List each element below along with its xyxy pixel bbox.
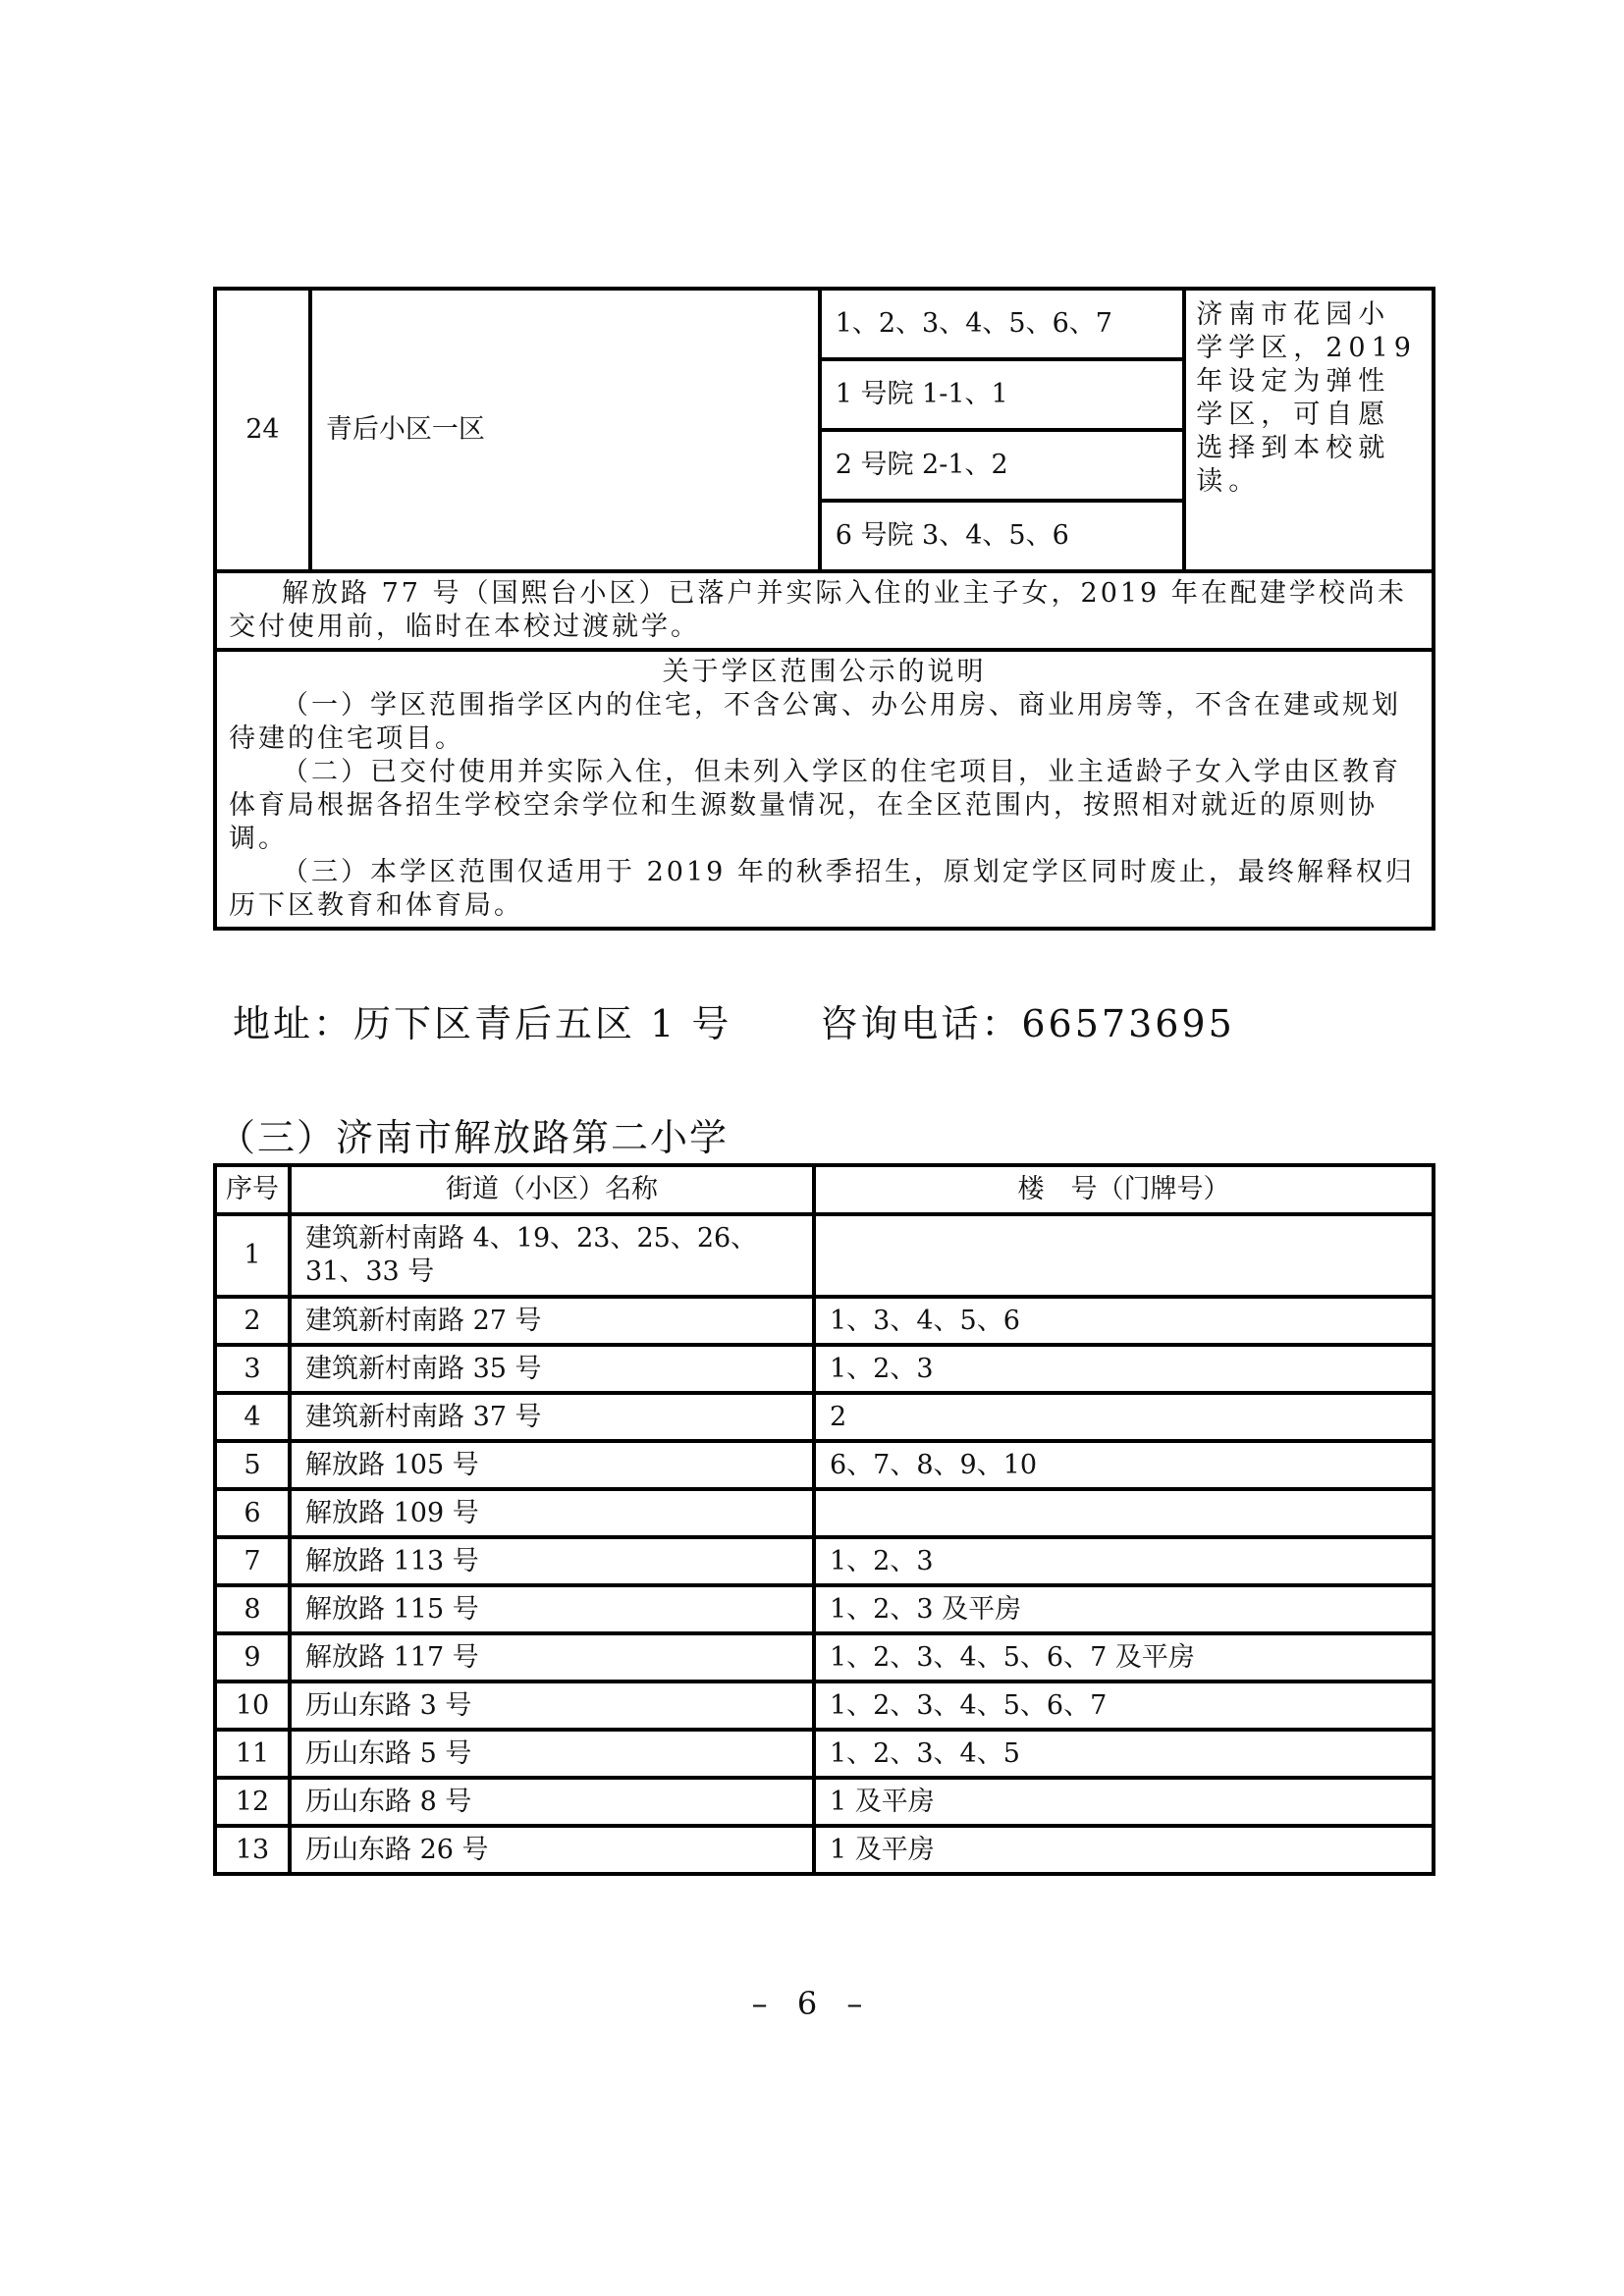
- header-buildings: 楼 号（门牌号）: [814, 1165, 1434, 1214]
- table-header-row: 序号 街道（小区）名称 楼 号（门牌号）: [215, 1165, 1434, 1214]
- table-row: 5 解放路 105 号 6、7、8、9、10: [215, 1441, 1434, 1489]
- row-name: 历山东路 8 号: [290, 1778, 814, 1826]
- row-index: 24: [215, 289, 310, 571]
- row-buildings: 1、2、3: [814, 1537, 1434, 1585]
- row-name: 建筑新村南路 27 号: [290, 1297, 814, 1345]
- temporary-enrollment-note: 解放路 77 号（国熙台小区）已落户并实际入住的业主子女，2019 年在配建学校…: [215, 571, 1434, 650]
- row-index: 13: [215, 1826, 290, 1874]
- explanation-cell: 关于学区范围公示的说明 （一）学区范围指学区内的住宅，不含公寓、办公用房、商业用…: [215, 650, 1434, 929]
- row-index: 1: [215, 1214, 290, 1297]
- explanation-row: 关于学区范围公示的说明 （一）学区范围指学区内的住宅，不含公寓、办公用房、商业用…: [215, 650, 1434, 929]
- row-buildings: 2: [814, 1393, 1434, 1441]
- page-number: – 6 –: [0, 1985, 1624, 2022]
- row-buildings: 1 及平房: [814, 1826, 1434, 1874]
- row-name: 建筑新村南路 35 号: [290, 1345, 814, 1393]
- row-buildings: 1、2、3、4、5: [814, 1730, 1434, 1778]
- explanation-item-2: （二）已交付使用并实际入住，但未列入学区的住宅项目，业主适龄子女入学由区教育体育…: [229, 756, 1420, 856]
- row-name: 历山东路 3 号: [290, 1682, 814, 1730]
- table-row: 6 解放路 109 号: [215, 1489, 1434, 1537]
- explanation-item-1: （一）学区范围指学区内的住宅，不含公寓、办公用房、商业用房等，不含在建或规划待建…: [229, 689, 1420, 756]
- row-index: 6: [215, 1489, 290, 1537]
- row-buildings: [814, 1489, 1434, 1537]
- table-row: 1 建筑新村南路 4、19、23、25、26、31、33 号: [215, 1214, 1434, 1297]
- row-index: 12: [215, 1778, 290, 1826]
- address-value: 历下区青后五区 1 号: [353, 1002, 731, 1045]
- row-name: 历山东路 26 号: [290, 1826, 814, 1874]
- phone-value: 66573695: [1021, 1002, 1234, 1045]
- table-row: 3 建筑新村南路 35 号 1、2、3: [215, 1345, 1434, 1393]
- row-index: 3: [215, 1345, 290, 1393]
- table-row: 10 历山东路 3 号 1、2、3、4、5、6、7: [215, 1682, 1434, 1730]
- table-row: 11 历山东路 5 号 1、2、3、4、5: [215, 1730, 1434, 1778]
- row-name: 解放路 115 号: [290, 1585, 814, 1633]
- table-row: 8 解放路 115 号 1、2、3 及平房: [215, 1585, 1434, 1633]
- table-row: 2 建筑新村南路 27 号 1、3、4、5、6: [215, 1297, 1434, 1345]
- row-index: 9: [215, 1633, 290, 1682]
- row-buildings: [814, 1214, 1434, 1297]
- row-buildings: 1、2、3 及平房: [814, 1585, 1434, 1633]
- section-title: （三）济南市解放路第二小学: [218, 1107, 729, 1161]
- table-row: 12 历山东路 8 号 1 及平房: [215, 1778, 1434, 1826]
- contact-line: 地址：历下区青后五区 1 号咨询电话：66573695: [233, 993, 1235, 1047]
- table-row: 13 历山东路 26 号 1 及平房: [215, 1826, 1434, 1874]
- row-name: 解放路 113 号: [290, 1537, 814, 1585]
- school-district-table: 序号 街道（小区）名称 楼 号（门牌号） 1 建筑新村南路 4、19、23、25…: [213, 1163, 1435, 1876]
- table-row: 24 青后小区一区 1、2、3、4、5、6、7 济南市花园小学学区，2019年设…: [215, 289, 1434, 359]
- row-name: 青后小区一区: [310, 289, 820, 571]
- row-buildings: 1、2、3、4、5、6、7: [814, 1682, 1434, 1730]
- table-row: 7 解放路 113 号 1、2、3: [215, 1537, 1434, 1585]
- row-name: 建筑新村南路 4、19、23、25、26、31、33 号: [290, 1214, 814, 1297]
- row-name: 历山东路 5 号: [290, 1730, 814, 1778]
- row-buildings: 1、3、4、5、6: [814, 1297, 1434, 1345]
- row-buildings: 6、7、8、9、10: [814, 1441, 1434, 1489]
- explanation-item-3: （三）本学区范围仅适用于 2019 年的秋季招生，原划定学区同时废止，最终解释权…: [229, 856, 1420, 923]
- row-index: 5: [215, 1441, 290, 1489]
- table-row: 4 建筑新村南路 37 号 2: [215, 1393, 1434, 1441]
- row-name: 建筑新村南路 37 号: [290, 1393, 814, 1441]
- row-remark: 济南市花园小学学区，2019年设定为弹性学区，可自愿选择到本校就读。: [1184, 289, 1434, 571]
- row-building: 1、2、3、4、5、6、7: [820, 289, 1185, 359]
- row-index: 4: [215, 1393, 290, 1441]
- row-building: 1 号院 1-1、1: [820, 359, 1185, 430]
- row-name: 解放路 105 号: [290, 1441, 814, 1489]
- row-buildings: 1、2、3: [814, 1345, 1434, 1393]
- row-index: 10: [215, 1682, 290, 1730]
- district-table-continuation: 24 青后小区一区 1、2、3、4、5、6、7 济南市花园小学学区，2019年设…: [213, 287, 1435, 931]
- address-label: 地址：: [233, 1002, 353, 1045]
- temporary-enrollment-note-row: 解放路 77 号（国熙台小区）已落户并实际入住的业主子女，2019 年在配建学校…: [215, 571, 1434, 650]
- phone-label: 咨询电话：: [820, 1002, 1021, 1045]
- row-buildings: 1 及平房: [814, 1778, 1434, 1826]
- header-name: 街道（小区）名称: [290, 1165, 814, 1214]
- row-building: 2 号院 2-1、2: [820, 430, 1185, 501]
- row-index: 7: [215, 1537, 290, 1585]
- table-row: 9 解放路 117 号 1、2、3、4、5、6、7 及平房: [215, 1633, 1434, 1682]
- header-index: 序号: [215, 1165, 290, 1214]
- row-index: 8: [215, 1585, 290, 1633]
- row-name: 解放路 117 号: [290, 1633, 814, 1682]
- explanation-title: 关于学区范围公示的说明: [229, 656, 1420, 689]
- row-name: 解放路 109 号: [290, 1489, 814, 1537]
- row-building: 6 号院 3、4、5、6: [820, 501, 1185, 571]
- row-index: 2: [215, 1297, 290, 1345]
- row-buildings: 1、2、3、4、5、6、7 及平房: [814, 1633, 1434, 1682]
- row-index: 11: [215, 1730, 290, 1778]
